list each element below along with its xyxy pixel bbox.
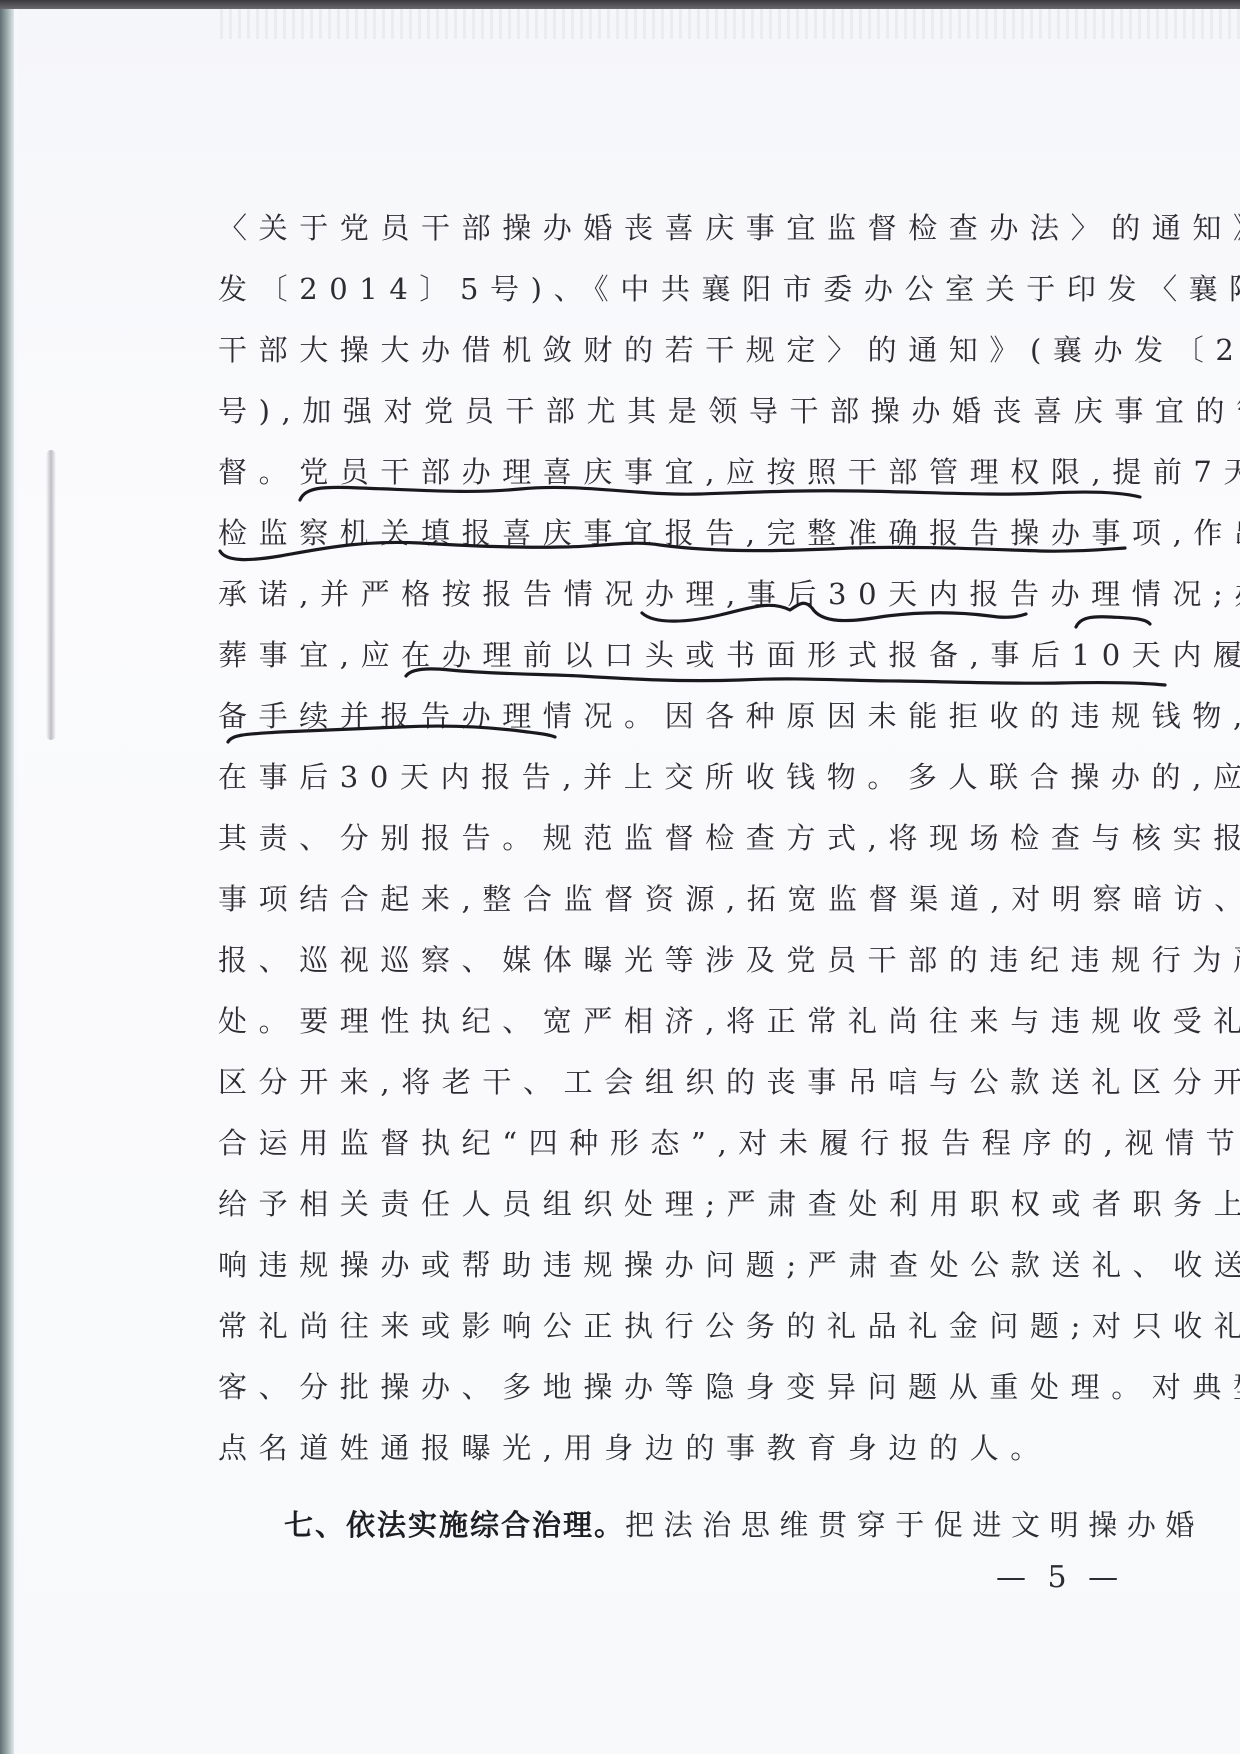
text-line: 常礼尚往来或影响公正执行公务的礼品礼金问题;对只收礼不请 — [218, 1301, 1138, 1351]
text-line: 备手续并报告办理情况。因各种原因未能拒收的违规钱物,必须 — [218, 691, 1138, 741]
section-heading: 七、依法实施综合治理。把法治思维贯穿于促进文明操办婚 — [218, 1500, 1204, 1550]
text-line: 承诺,并严格按报告情况办理,事后30天内报告办理情况;办理丧 — [218, 569, 1138, 619]
text-line: 葬事宜,应在办理前以口头或书面形式报备,事后10天内履行报 — [218, 630, 1138, 680]
text-line: 区分开来,将老干、工会组织的丧事吊唁与公款送礼区分开来,综 — [218, 1057, 1138, 1107]
text-line: 事项结合起来,整合监督资源,拓宽监督渠道,对明察暗访、信访举 — [218, 874, 1138, 924]
scan-edge-left — [0, 0, 14, 1754]
scan-edge-top — [0, 0, 1240, 9]
text-line: 合运用监督执纪“四种形态”,对未履行报告程序的,视情节轻重 — [218, 1118, 1138, 1168]
section-heading-continuation: 把法治思维贯穿于促进文明操办婚 — [625, 1508, 1204, 1542]
text-line: 发〔2014〕5号)、《中共襄阳市委办公室关于印发〈襄阳市严禁党员 — [218, 264, 1138, 314]
page-number: — 5 — — [996, 1555, 1124, 1601]
text-line: 点名道姓通报曝光,用身边的事教育身边的人。 — [218, 1423, 1138, 1473]
text-line: 在事后30天内报告,并上交所收钱物。多人联合操办的,应各负 — [218, 752, 1138, 802]
text-line: 督。党员干部办理喜庆事宜,应按照干部管理权限,提前7天向纪 — [218, 447, 1138, 497]
text-line: 其责、分别报告。规范监督检查方式,将现场检查与核实报备报告 — [218, 813, 1138, 863]
section-heading-title: 七、依法实施综合治理。 — [284, 1508, 625, 1542]
text-line: 响违规操办或帮助违规操办问题;严肃查处公款送礼、收送超出正 — [218, 1240, 1138, 1290]
text-line: 号),加强对党员干部尤其是领导干部操办婚丧喜庆事宜的管理监 — [218, 386, 1138, 436]
text-line: 检监察机关填报喜庆事宜报告,完整准确报告操办事项,作出廉政 — [218, 508, 1138, 558]
text-line: 干部大操大办借机敛财的若干规定〉的通知》(襄办发〔2014〕20 — [218, 325, 1138, 375]
text-line: 处。要理性执纪、宽严相济,将正常礼尚往来与违规收受礼品礼金 — [218, 996, 1138, 1046]
text-line: 客、分批操办、多地操办等隐身变异问题从重处理。对典型案例, — [218, 1362, 1138, 1412]
page-curl-shadow — [46, 450, 56, 740]
text-line: 〈关于党员干部操办婚丧喜庆事宜监督检查办法〉的通知》(鄂纪 — [218, 203, 1138, 253]
scan-noise — [220, 9, 1240, 39]
text-line: 给予相关责任人员组织处理;严肃查处利用职权或者职务上的影 — [218, 1179, 1138, 1229]
text-line: 报、巡视巡察、媒体曝光等涉及党员干部的违纪违规行为严肃查 — [218, 935, 1138, 985]
